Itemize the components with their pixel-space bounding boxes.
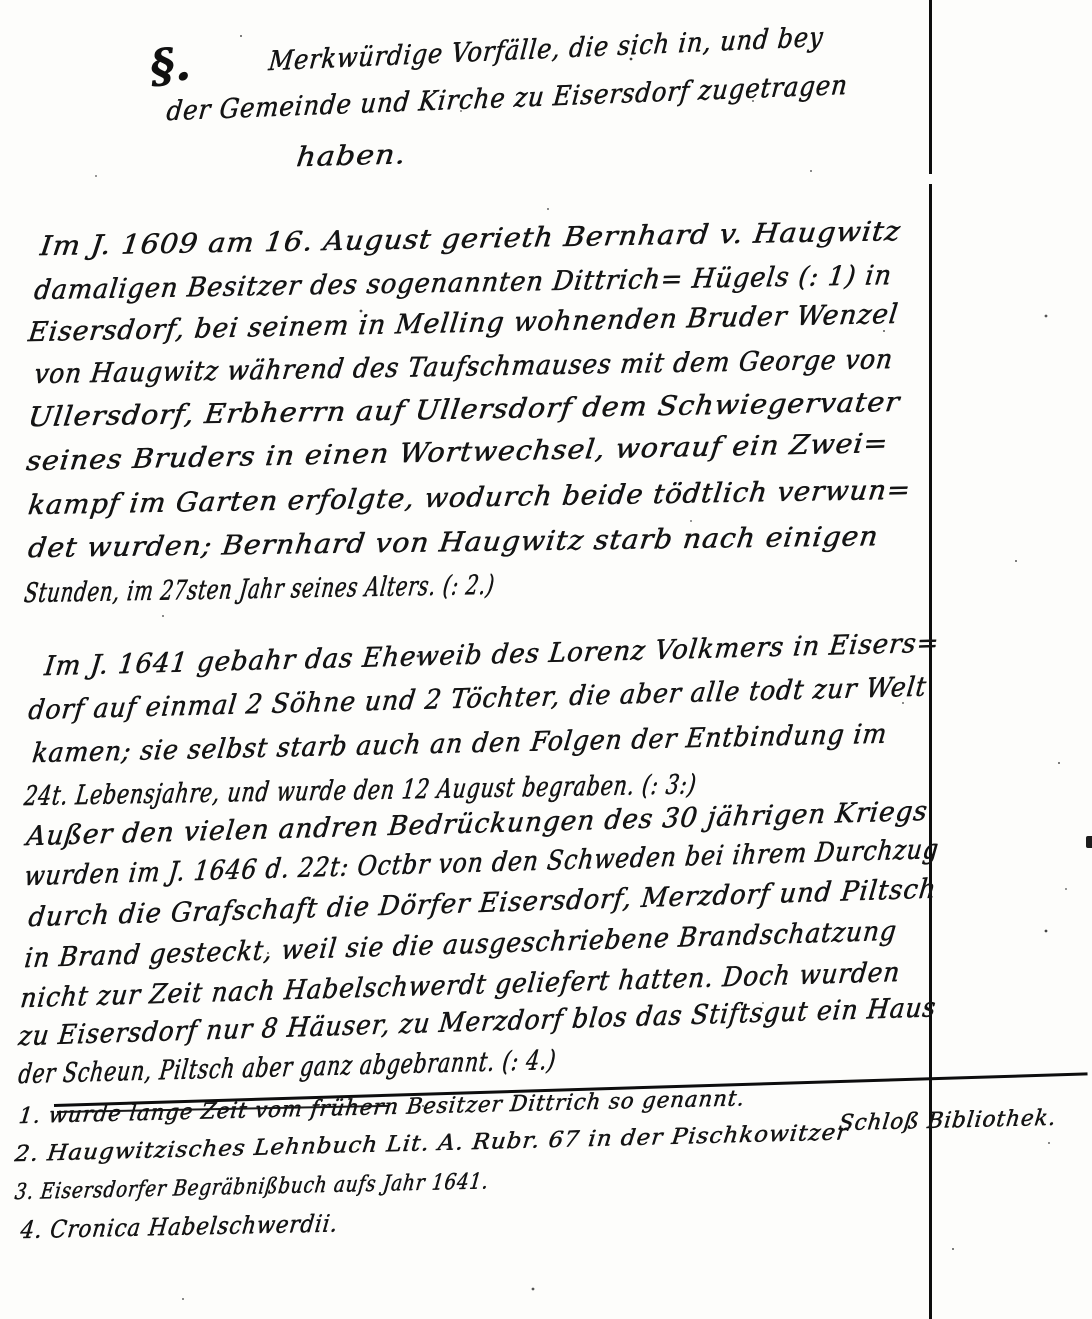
body-line: von Haugwitz während des Taufschmauses m… bbox=[33, 346, 895, 388]
margin-rule-vertical bbox=[929, 0, 932, 174]
footnote-marker: 1. bbox=[17, 1103, 42, 1129]
footnote-text: Cronica Habelschwerdii. bbox=[49, 1209, 340, 1243]
heading-line-1: Merkwürdige Vorfälle, die sich in, und b… bbox=[267, 24, 824, 75]
footnote-marker: 3. bbox=[13, 1180, 35, 1206]
body-line: Im J. 1609 am 16. August gerieth Bernhar… bbox=[39, 218, 903, 260]
margin-rule-vertical-lower bbox=[929, 184, 932, 1319]
heading-line-2: der Gemeinde und Kirche zu Eisersdorf zu… bbox=[165, 72, 849, 125]
footnote-marker: 2. bbox=[13, 1141, 40, 1167]
footnote-3: 3. Eisersdorfer Begräbnißbuch aufs Jahr … bbox=[13, 1171, 489, 1204]
footnote-1: 1. wurde lange Zeit vom frühern Besitzer… bbox=[17, 1088, 746, 1128]
footnote-2: 2. Haugwitzisches Lehnbuch Lit. A. Rubr.… bbox=[13, 1122, 849, 1166]
body-line: dorf auf einmal 2 Söhne und 2 Töchter, d… bbox=[27, 673, 928, 724]
footnote-text: Haugwitzisches Lehnbuch Lit. A. Rubr. 67… bbox=[46, 1120, 850, 1166]
footnote-marker: 4. bbox=[19, 1216, 44, 1245]
body-line: Eisersdorf, bei seinem in Melling wohnen… bbox=[27, 301, 900, 346]
body-line: der Scheun, Piltsch aber ganz abgebrannt… bbox=[17, 1047, 558, 1088]
heading-line-3: haben. bbox=[295, 141, 408, 171]
section-mark: §. bbox=[148, 36, 193, 93]
footnote-text: Eisersdorfer Begräbnißbuch aufs Jahr 164… bbox=[39, 1169, 490, 1204]
body-line: Im J. 1641 gebahr das Eheweib des Lorenz… bbox=[43, 630, 941, 681]
body-line: det wurden; Bernhard von Haugwitz starb … bbox=[27, 523, 880, 562]
footnote-4: 4. Cronica Habelschwerdii. bbox=[19, 1211, 339, 1242]
footnote-2-continuation: Schloß Bibliothek. bbox=[837, 1108, 1057, 1135]
body-line: kamen; sie selbst starb auch an den Folg… bbox=[31, 721, 889, 767]
body-line: Stunden, im 27sten Jahr seines Alters. (… bbox=[23, 572, 497, 607]
body-line: kampf im Garten erfolgte, wodurch beide … bbox=[27, 477, 913, 519]
manuscript-page: §. Merkwürdige Vorfälle, die sich in, un… bbox=[0, 0, 1092, 1319]
body-line: seines Bruders in einen Wortwechsel, wor… bbox=[25, 430, 890, 475]
body-line: Ullersdorf, Erbherrn auf Ullersdorf dem … bbox=[27, 389, 902, 431]
edge-ink-mark bbox=[1086, 836, 1092, 848]
body-line: damaligen Besitzer des sogenannten Dittr… bbox=[33, 262, 894, 304]
